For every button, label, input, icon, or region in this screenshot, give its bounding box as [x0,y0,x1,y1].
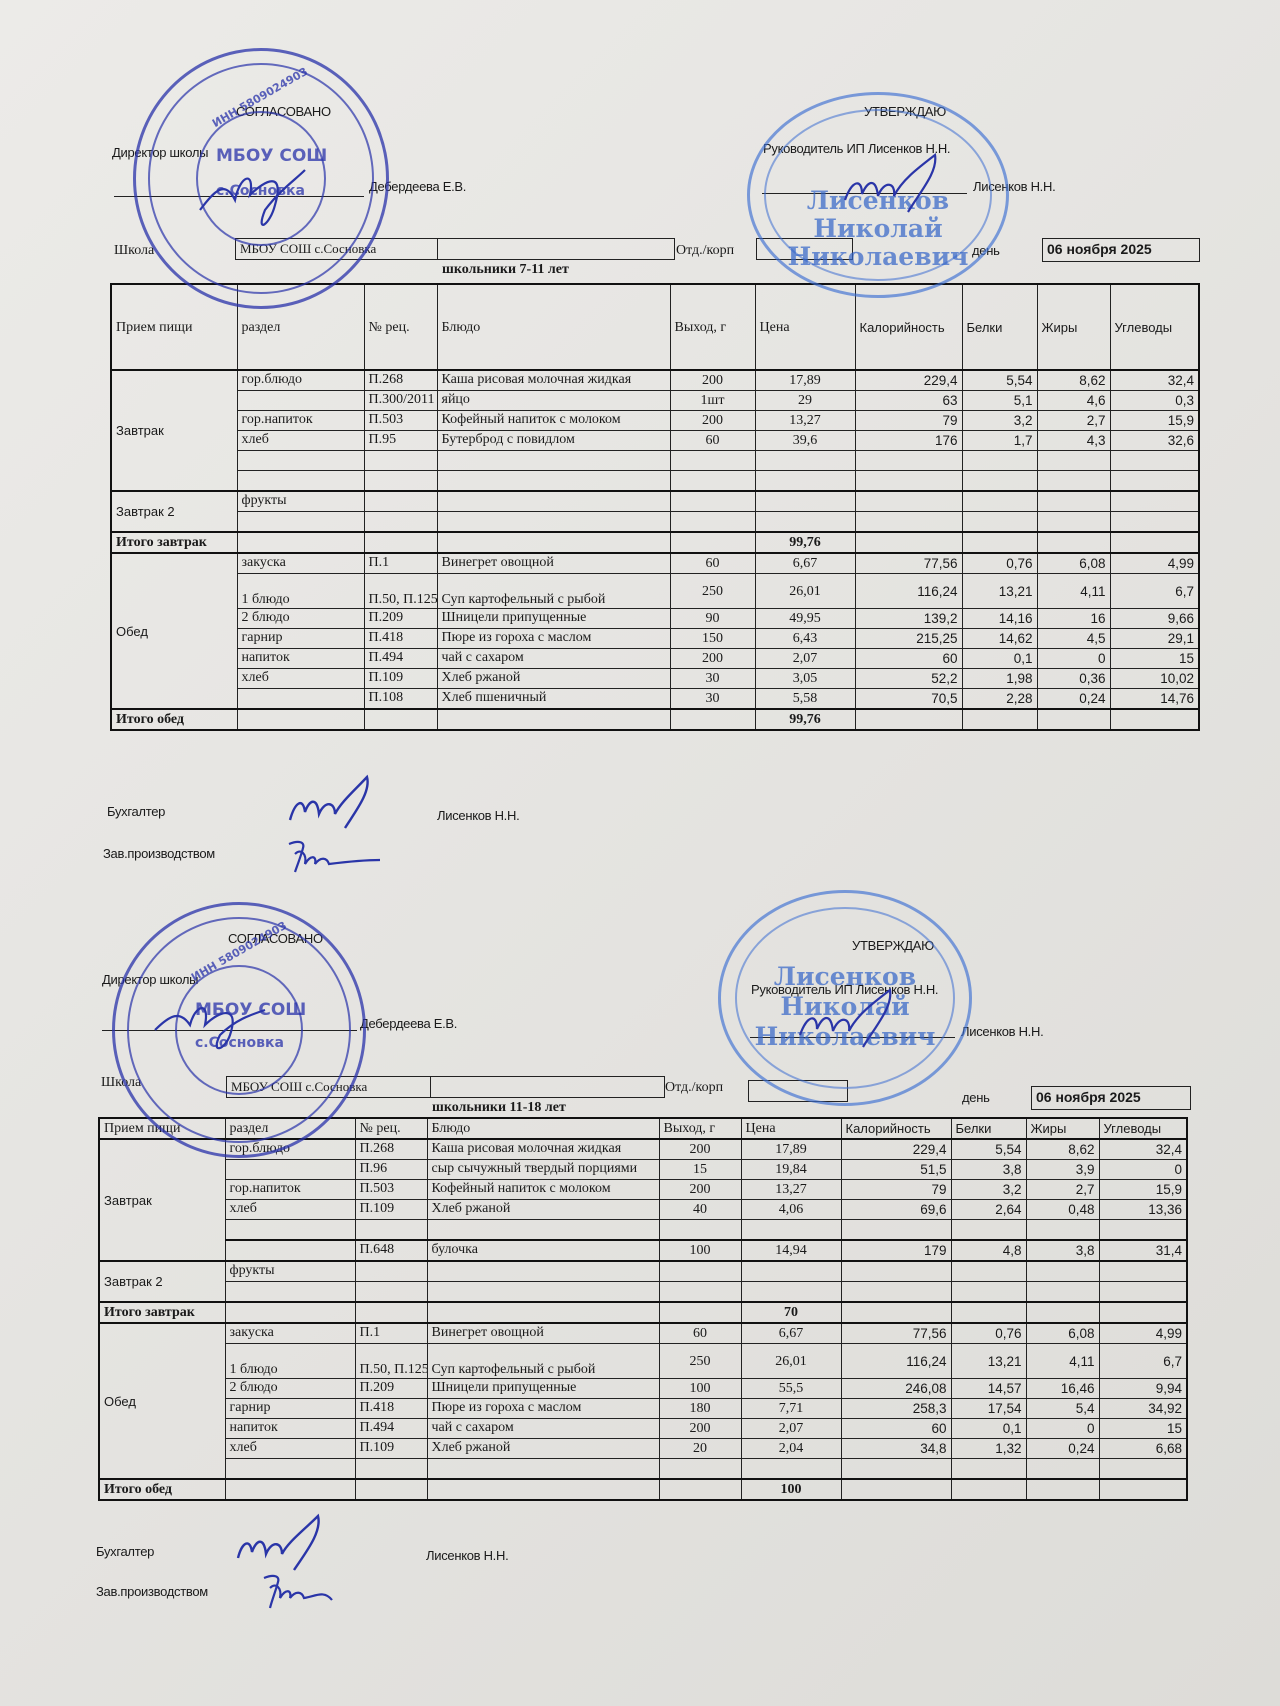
cell-kcal: 70,5 [855,689,962,710]
column-header: Выход, г [659,1118,741,1139]
cell-protein: 0,76 [951,1323,1026,1344]
cell-section: гарнир [237,629,364,649]
cell-protein: 0,76 [962,553,1037,574]
cell-carbs: 6,7 [1099,1344,1187,1379]
table-header-row: Прием пищираздел№ рец.БлюдоВыход, гЦенаК… [99,1118,1187,1139]
dept-field [748,1080,848,1102]
stamp-school-inn: ИНН 5809024903 [210,65,310,130]
cell-section: хлеб [237,669,364,689]
cell-yield: 30 [670,669,755,689]
table-row: Завтракгор.блюдоП.268Каша рисовая молочн… [99,1139,1187,1160]
cell-yield: 60 [670,431,755,451]
cell-price: 26,01 [755,574,855,609]
cell-section: хлеб [237,431,364,451]
cell-carbs: 9,66 [1110,609,1199,629]
cell-recipe: П.494 [364,649,437,669]
empty-cell [437,532,670,553]
school-round-stamp: МБОУ СОШ с.Сосновка ИНН 5809024903 [133,48,389,309]
table-row: Завтракгор.блюдоП.268Каша рисовая молочн… [111,370,1199,391]
lunch-total-row: Итого обед99,76 [111,709,1199,730]
empty-cell [237,532,364,553]
stamp-school-village: с.Сосновка [195,1035,284,1051]
agreed-label: СОГЛАСОВАНО [228,931,323,946]
cell-dish: Пюре из гороха с маслом [437,629,670,649]
table-row: 2 блюдоП.209Шницели припущенные10055,524… [99,1379,1187,1399]
cell-carbs [1110,451,1199,471]
cell-section: закуска [225,1323,355,1344]
cell-fat: 8,62 [1037,370,1110,391]
cell-carbs [1099,1459,1187,1480]
cell-yield: 200 [659,1419,741,1439]
cell-fat: 4,6 [1037,391,1110,411]
empty-cell [670,512,755,533]
cell-carbs: 0,3 [1110,391,1199,411]
cell-yield: 15 [659,1160,741,1180]
cell-section [237,689,364,710]
lunch-total-label: Итого обед [99,1479,225,1500]
cell-dish: чай с сахаром [437,649,670,669]
cell-recipe: П.95 [364,431,437,451]
cell-recipe: П.1 [355,1323,427,1344]
empty-cell [427,1302,659,1323]
approved-label: УТВЕРЖДАЮ [864,104,946,119]
cell-fat: 4,5 [1037,629,1110,649]
school-field: МБОУ СОШ с.Сосновка [235,238,438,260]
cell-recipe: П.50, П.125 [364,574,437,609]
column-header: Углеводы [1110,284,1199,370]
empty-cell [1026,1479,1099,1500]
empty-cell [1110,512,1199,533]
cell-recipe: П.418 [364,629,437,649]
cell-yield: 100 [659,1240,741,1261]
cell-dish: Кофейный напиток с молоком [437,411,670,431]
cell-protein: 17,54 [951,1399,1026,1419]
cell-price: 2,04 [741,1439,841,1459]
lunch-total-price: 99,76 [755,709,855,730]
cell-dish [437,471,670,492]
table-row [99,1220,1187,1241]
empty-cell [1037,491,1110,512]
stamp-ip-name: Николай [721,993,969,1021]
empty-cell [841,1479,951,1500]
cell-price: 3,05 [755,669,855,689]
meal-breakfast-2: Завтрак 2 [99,1261,225,1302]
table-row [111,512,1199,533]
cell-fat: 0 [1026,1419,1099,1439]
table-row: хлебП.95Бутерброд с повидлом6039,61761,7… [111,431,1199,451]
cell-price: 19,84 [741,1160,841,1180]
day-field: 06 ноября 2025 [1042,238,1200,262]
column-header: Прием пищи [99,1118,225,1139]
empty-cell [962,532,1037,553]
cell-dish: Хлеб ржаной [427,1439,659,1459]
cell-kcal: 63 [855,391,962,411]
cell-recipe: П.503 [355,1180,427,1200]
cell-protein: 14,57 [951,1379,1026,1399]
head-name: Лисенков Н.Н. [961,1024,1043,1039]
cell-carbs: 4,99 [1110,553,1199,574]
empty-cell [237,709,364,730]
cell-dish: сыр сычужный твердый порциями [427,1160,659,1180]
menu-table-11-18: Прием пищираздел№ рец.БлюдоВыход, гЦенаК… [98,1117,1188,1501]
director-signature-line [114,196,364,197]
table-row: ОбедзакускаП.1Винегрет овощной606,6777,5… [111,553,1199,574]
stamp-school-name: МБОУ СОШ [195,1000,306,1020]
cell-section: гарнир [225,1399,355,1419]
column-header: Блюдо [427,1118,659,1139]
column-header: Углеводы [1099,1118,1187,1139]
cell-price: 55,5 [741,1379,841,1399]
empty-cell [437,512,670,533]
director-signature [195,150,315,240]
table-row: гор.напитокП.503Кофейный напиток с молок… [111,411,1199,431]
cell-carbs: 15,9 [1110,411,1199,431]
accountant-name: Лисенков Н.Н. [437,808,519,823]
cell-fat: 16 [1037,609,1110,629]
cell-kcal: 179 [841,1240,951,1261]
cell-kcal: 176 [855,431,962,451]
cell-price: 14,94 [741,1240,841,1261]
table-row: гарнирП.418Пюре из гороха с маслом1807,7… [99,1399,1187,1419]
cell-dish: Каша рисовая молочная жидкая [427,1139,659,1160]
cell-carbs: 6,68 [1099,1439,1187,1459]
cell-recipe: П.96 [355,1160,427,1180]
head-signature-line [762,193,967,194]
cell-fat: 2,7 [1037,411,1110,431]
empty-cell [659,1479,741,1500]
cell-yield: 30 [670,689,755,710]
cell-kcal: 52,2 [855,669,962,689]
cell-protein: 4,8 [951,1240,1026,1261]
empty-cell [437,709,670,730]
table-row: хлебП.109Хлеб ржаной303,0552,21,980,3610… [111,669,1199,689]
cell-protein: 1,98 [962,669,1037,689]
director-label: Директор школы [102,972,198,987]
cell-fat: 4,3 [1037,431,1110,451]
cell-recipe: П.494 [355,1419,427,1439]
cell-dish: Каша рисовая молочная жидкая [437,370,670,391]
cell-protein: 14,62 [962,629,1037,649]
empty-cell [755,512,855,533]
head-signature-line [750,1037,955,1038]
cell-protein: 3,2 [951,1180,1026,1200]
cell-section [237,471,364,492]
cell-protein [951,1220,1026,1241]
cell-dish: Пюре из гороха с маслом [427,1399,659,1419]
meal-breakfast-2: Завтрак 2 [111,491,237,532]
cell-recipe: П.108 [364,689,437,710]
empty-cell [1037,709,1110,730]
column-header: раздел [237,284,364,370]
cell-price [755,451,855,471]
empty-cell [1110,709,1199,730]
cell-kcal: 116,24 [841,1344,951,1379]
empty-cell [1110,491,1199,512]
cell-carbs: 4,99 [1099,1323,1187,1344]
empty-cell [1099,1261,1187,1282]
cell-carbs: 10,02 [1110,669,1199,689]
lunch-total-label: Итого обед [111,709,237,730]
empty-cell [355,1479,427,1500]
cell-recipe: П.503 [364,411,437,431]
cell-dish: Кофейный напиток с молоком [427,1180,659,1200]
table-row: гарнирП.418Пюре из гороха с маслом1506,4… [111,629,1199,649]
cell-price: 13,27 [755,411,855,431]
cell-kcal: 60 [855,649,962,669]
empty-cell [962,709,1037,730]
cell-fat [1026,1459,1099,1480]
cell-carbs: 13,36 [1099,1200,1187,1220]
cell-price: 26,01 [741,1344,841,1379]
cell-price: 2,07 [741,1419,841,1439]
cell-section: гор.блюдо [237,370,364,391]
empty-cell [364,512,437,533]
cell-yield: 90 [670,609,755,629]
breakfast-total-label: Итого завтрак [99,1302,225,1323]
school-label: Школа [114,243,154,259]
dept-field [756,238,853,260]
empty-cell [741,1282,841,1303]
head-signature [840,150,950,220]
cell-fat: 0,24 [1026,1439,1099,1459]
cell-fat [1026,1220,1099,1241]
cell-price: 2,07 [755,649,855,669]
cell-protein: 2,28 [962,689,1037,710]
cell-section [237,512,364,533]
day-label: день [962,1090,990,1105]
cell-protein: 1,32 [951,1439,1026,1459]
school-label: Школа [101,1075,141,1091]
school-field-extra [437,238,675,260]
table-row [99,1459,1187,1480]
cell-yield: 1шт [670,391,755,411]
breakfast-total-price: 70 [741,1302,841,1323]
empty-cell [670,709,755,730]
agreed-label: СОГЛАСОВАНО [236,104,331,119]
cell-section: напиток [237,649,364,669]
cell-recipe: П.209 [355,1379,427,1399]
table-row: 1 блюдоП.50, П.125Суп картофельный с рыб… [111,574,1199,609]
production-label: Зав.производством [96,1584,208,1599]
breakfast-total-row: Итого завтрак99,76 [111,532,1199,553]
school-field: МБОУ СОШ с.Сосновка [226,1076,431,1098]
column-header: Белки [962,284,1037,370]
cell-dish [427,1459,659,1480]
cell-kcal: 215,25 [855,629,962,649]
cell-protein: 3,8 [951,1160,1026,1180]
table-row [111,471,1199,492]
cell-recipe: П.109 [355,1200,427,1220]
cell-section: 2 блюдо [225,1379,355,1399]
cell-dish: Винегрет овощной [427,1323,659,1344]
empty-cell [659,1282,741,1303]
empty-cell [364,532,437,553]
cell-section: гор.блюдо [225,1139,355,1160]
column-header: Цена [755,284,855,370]
empty-cell [1099,1302,1187,1323]
lunch-total-price: 100 [741,1479,841,1500]
table-row: 1 блюдоП.50, П.125Суп картофельный с рыб… [99,1344,1187,1379]
cell-kcal: 77,56 [855,553,962,574]
cell-recipe: П.418 [355,1399,427,1419]
table-row: Завтрак 2фрукты [99,1261,1187,1282]
cell-recipe: П.300/2011 [364,391,437,411]
director-signature [150,990,270,1060]
dept-label: Отд./корп [665,1080,723,1096]
table-row: хлебП.109Хлеб ржаной202,0434,81,320,246,… [99,1439,1187,1459]
accountant-name: Лисенков Н.Н. [426,1548,508,1563]
director-signature-line [102,1030,357,1031]
meal-breakfast: Завтрак [111,370,237,491]
cell-protein [962,471,1037,492]
table-row: П.108Хлеб пшеничный305,5870,52,280,2414,… [111,689,1199,710]
cell-price [741,1220,841,1241]
cell-carbs: 15,9 [1099,1180,1187,1200]
cell-kcal: 60 [841,1419,951,1439]
empty-cell [951,1479,1026,1500]
empty-cell [427,1261,659,1282]
cell-protein: 0,1 [951,1419,1026,1439]
cell-yield: 60 [659,1323,741,1344]
cell-fat: 5,4 [1026,1399,1099,1419]
cell-fat: 16,46 [1026,1379,1099,1399]
cell-fat: 3,9 [1026,1160,1099,1180]
empty-cell [855,491,962,512]
empty-cell [1037,532,1110,553]
cell-yield: 60 [670,553,755,574]
cell-recipe: П.648 [355,1240,427,1261]
empty-cell [962,512,1037,533]
cell-dish: Шницели припущенные [437,609,670,629]
director-name: Дебердеева Е.В. [369,179,466,194]
cell-kcal: 79 [841,1180,951,1200]
cell-fat: 0,36 [1037,669,1110,689]
empty-cell [670,491,755,512]
column-header: Выход, г [670,284,755,370]
cell-recipe [355,1220,427,1241]
cell-section: 1 блюдо [225,1344,355,1379]
cell-protein: 0,1 [962,649,1037,669]
cell-kcal [855,471,962,492]
empty-cell [951,1261,1026,1282]
cell-section: хлеб [225,1200,355,1220]
empty-cell [427,1479,659,1500]
column-header: Жиры [1026,1118,1099,1139]
cell-section: фрукты [225,1261,355,1282]
cell-protein: 5,54 [951,1139,1026,1160]
cell-protein: 13,21 [962,574,1037,609]
empty-cell [670,532,755,553]
empty-cell [1099,1479,1187,1500]
cell-price: 13,27 [741,1180,841,1200]
cell-fat: 6,08 [1026,1323,1099,1344]
table-row [111,451,1199,471]
cell-recipe: П.268 [364,370,437,391]
cell-price: 6,67 [741,1323,841,1344]
empty-cell [841,1261,951,1282]
empty-cell [355,1282,427,1303]
day-field: 06 ноября 2025 [1031,1086,1191,1110]
cell-section: хлеб [225,1439,355,1459]
table-row: хлебП.109Хлеб ржаной404,0669,62,640,4813… [99,1200,1187,1220]
empty-cell [855,512,962,533]
cell-carbs: 14,76 [1110,689,1199,710]
cell-price: 39,6 [755,431,855,451]
dept-label: Отд./корп [676,243,734,259]
cell-yield: 250 [670,574,755,609]
meal-lunch: Обед [99,1323,225,1479]
cell-recipe: П.50, П.125 [355,1344,427,1379]
cell-carbs: 0 [1099,1160,1187,1180]
cell-yield: 180 [659,1399,741,1419]
cell-kcal: 229,4 [841,1139,951,1160]
cell-protein: 2,64 [951,1200,1026,1220]
cell-dish: Хлеб пшеничный [437,689,670,710]
lunch-total-row: Итого обед100 [99,1479,1187,1500]
empty-cell [841,1302,951,1323]
cell-fat: 3,8 [1026,1240,1099,1261]
empty-cell [659,1302,741,1323]
table-row: П.648булочка10014,941794,83,831,4 [99,1240,1187,1261]
cell-price: 17,89 [741,1139,841,1160]
column-header: Прием пищи [111,284,237,370]
cell-dish: Винегрет овощной [437,553,670,574]
production-signature [260,1572,360,1614]
cell-yield: 20 [659,1439,741,1459]
accountant-signature [285,772,385,832]
empty-cell [1110,532,1199,553]
cell-section [225,1220,355,1241]
cell-section [225,1282,355,1303]
stamp-ip-surname: Лисенков [750,187,1006,215]
empty-cell [951,1282,1026,1303]
cell-dish [427,1220,659,1241]
column-header: раздел [225,1118,355,1139]
cell-recipe: П.1 [364,553,437,574]
cell-dish: булочка [427,1240,659,1261]
empty-cell [755,491,855,512]
cell-fat: 4,11 [1026,1344,1099,1379]
empty-cell [741,1261,841,1282]
cell-protein: 1,7 [962,431,1037,451]
empty-cell [962,491,1037,512]
meal-lunch: Обед [111,553,237,709]
column-header: Калорийность [841,1118,951,1139]
cell-carbs: 32,4 [1099,1139,1187,1160]
cell-kcal: 34,8 [841,1439,951,1459]
empty-cell [427,1282,659,1303]
empty-cell [951,1302,1026,1323]
cell-yield: 200 [659,1139,741,1160]
table-row: 2 блюдоП.209Шницели припущенные9049,9513… [111,609,1199,629]
cell-fat [1037,471,1110,492]
cell-price [755,471,855,492]
school-field-extra [430,1076,665,1098]
ip-round-stamp: Лисенков Николай Николаевич [718,890,972,1106]
empty-cell [1026,1261,1099,1282]
column-header: Калорийность [855,284,962,370]
director-label: Директор школы [112,145,208,160]
cell-carbs [1110,471,1199,492]
empty-cell [1099,1282,1187,1303]
cell-carbs: 15 [1110,649,1199,669]
empty-cell [437,491,670,512]
empty-cell [1026,1282,1099,1303]
cell-price: 49,95 [755,609,855,629]
cell-protein: 3,2 [962,411,1037,431]
cell-carbs [1099,1220,1187,1241]
cell-dish: Хлеб ржаной [437,669,670,689]
